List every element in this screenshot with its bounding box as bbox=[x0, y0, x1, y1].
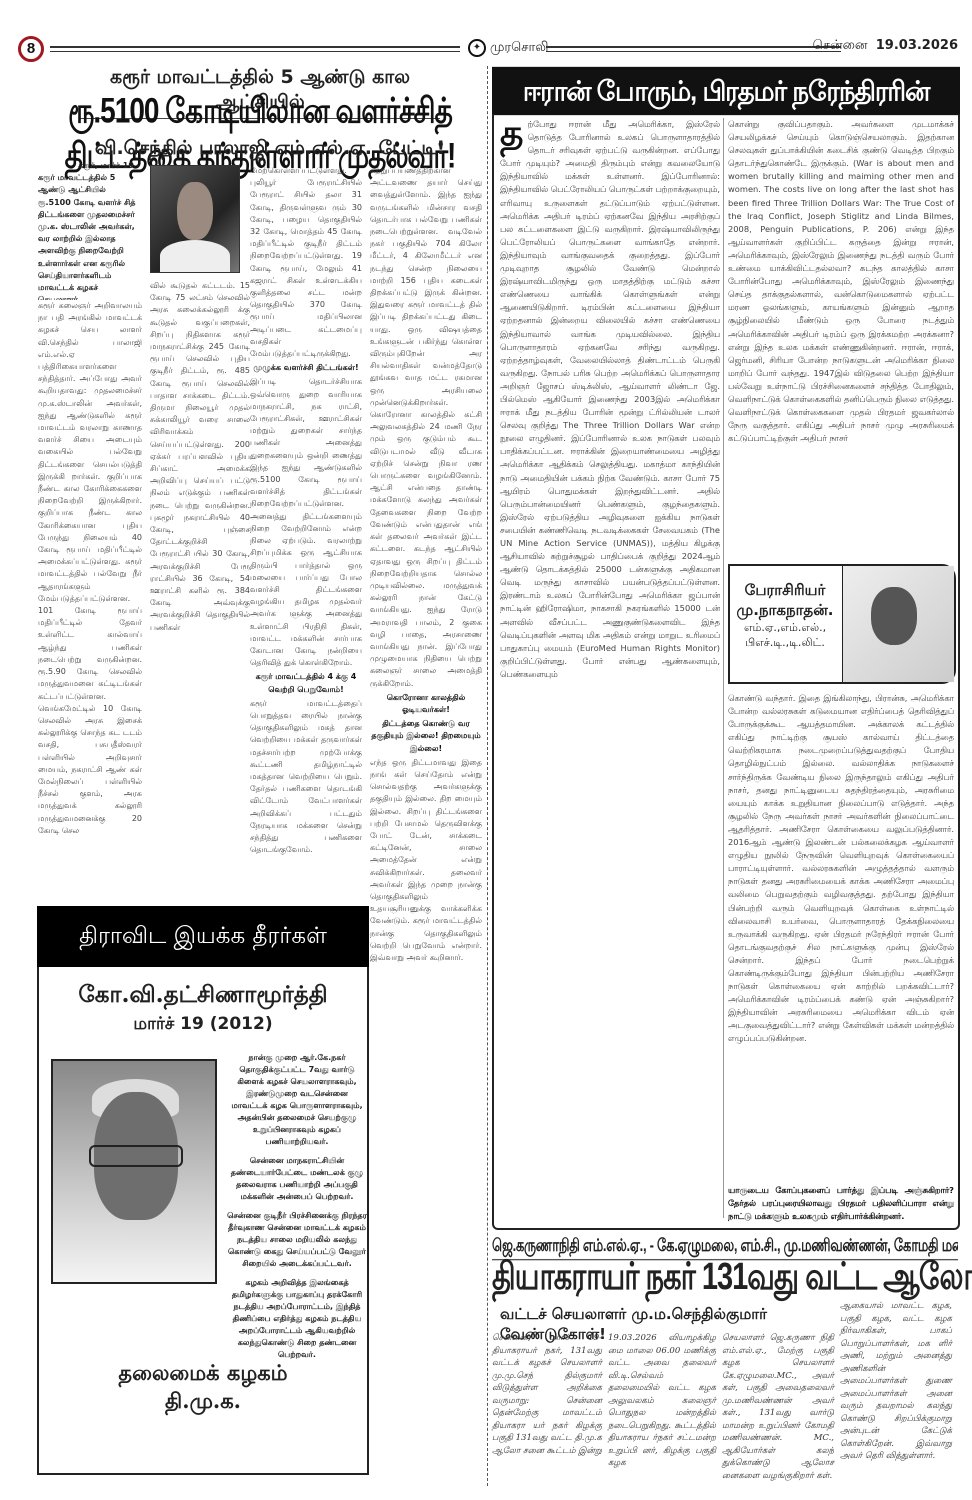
col2-top: மேற்கொள்ளப்பட்டுள்ளது. புலியூர் பேரூராட்… bbox=[250, 165, 362, 360]
city: சென்னை bbox=[813, 38, 868, 53]
meeting-col-3: செயலாளர் ஜெ.கருணா நிதி எம்.எல்.ஏ., மேற்க… bbox=[722, 1332, 834, 1482]
col3-body: சுற்றுப்பயணத்திற்கான அட்டவணை தயார் செய்த… bbox=[370, 165, 482, 690]
memorial-bio: நான்கு முறை ஆர்.கே.நகர் தொகுதிக்குட்பட்ட… bbox=[227, 1052, 367, 1368]
meeting-headline: தியாகராயர் நகர் 131வது வட்ட ஆலோசனைக் கூட… bbox=[492, 1257, 958, 1304]
memorial-para: நான்கு முறை ஆர்.கே.நகர் தொகுதிக்குட்பட்ட… bbox=[227, 1052, 367, 1148]
author-qualification: எம்.ஏ.,எம்.எல்., bbox=[730, 620, 840, 635]
col2-end: கரூர் மாவட்டத்தைப் பொறுத்தவ ரையில் நான்க… bbox=[250, 698, 362, 857]
header-rule-right bbox=[546, 46, 841, 52]
memorial-date: மார்ச் 19 (2012) bbox=[39, 1014, 367, 1036]
memorial-name: கோ.வி.தட்சிணாமூர்த்தி bbox=[39, 981, 367, 1011]
memorial-footer-org: தலைமைக் கழகம் bbox=[39, 1359, 367, 1387]
drop-cap: த bbox=[500, 118, 523, 148]
article-col-2: மேற்கொள்ளப்பட்டுள்ளது. புலியூர் பேரூராட்… bbox=[250, 165, 362, 895]
editorial-box: தற்போது ஈரான் மீது அமெரிக்கா, இஸ்ரேல் தொ… bbox=[492, 114, 960, 1230]
memorial-banner: திராவிட இயக்க தீரர்கள் நினைவு நாள் bbox=[37, 906, 369, 967]
editorial-col-left: தற்போது ஈரான் மீது அமெரிக்கா, இஸ்ரேல் தொ… bbox=[500, 118, 720, 1223]
masthead: ✦முரசொலி bbox=[468, 36, 549, 60]
author-name: மு.நாகநாதன். bbox=[730, 600, 840, 620]
author-photo bbox=[842, 566, 954, 682]
author-qualification: பிஎச்.டி.,டி.லிட். bbox=[730, 635, 840, 650]
col3-subhead-1: கொரோனா காலத்தில் ஓடியவர்கள்! bbox=[370, 692, 482, 716]
editorial-left-text: ற்போது ஈரான் மீது அமெரிக்கா, இஸ்ரேல் தொட… bbox=[500, 119, 720, 679]
dateline-header: சென்னை 19.03.2026 bbox=[813, 38, 958, 54]
meeting-col-4: ஆகையால் மாவட்ட கழக, பகுதி கழக, வட்ட கழக … bbox=[840, 1300, 952, 1475]
editorial-headline: ஈரான் போரும், பிரதமர் நரேந்திரரின் தடுமா… bbox=[492, 67, 960, 115]
article-col-1b: வில் கூடுதல் கட்டடம். 15 கோடி 75 லட்சம் … bbox=[150, 280, 250, 895]
portrait-face bbox=[871, 587, 918, 645]
editorial-column-rule bbox=[723, 118, 724, 1218]
memorial-photo bbox=[51, 1059, 217, 1284]
editorial-closing: யாருடைய கோப்புகளைப் பார்த்து இப்படி அஞ்ச… bbox=[728, 1184, 954, 1226]
portrait-glasses bbox=[89, 1145, 183, 1167]
col3-end: எந்த ஒரு திட்டமாவது இதை நாங் கள் செய்தோம… bbox=[370, 757, 482, 964]
header-rule-left bbox=[50, 46, 460, 52]
page-header: 8 ✦முரசொலி சென்னை 19.03.2026 bbox=[18, 36, 958, 62]
column-divider bbox=[487, 66, 488, 1486]
meeting-col-2: 19.03.2026 வியாழக்கிழ மை மாலை 06.00 மணிக… bbox=[608, 1332, 716, 1472]
murasoli-logo-icon: ✦ bbox=[468, 39, 486, 57]
article-dateline: கரூர், மார்ச் 19 - bbox=[38, 160, 140, 172]
col2-subhead-1: முழுக்க வளர்ச்சி திட்டங்கள்! bbox=[250, 362, 362, 374]
memorial-footer-party: தி.மு.க. bbox=[39, 1387, 367, 1415]
memorial-footer: தலைமைக் கழகம் தி.மு.க. bbox=[39, 1359, 367, 1415]
article-lead-text: கரூர் மாவட்டத்தில் 5 ஆண்டு ஆட்சியில் ரூ.… bbox=[38, 172, 140, 300]
col2-subhead-2: கரூர் மாவட்டத்தில் 4 க்கு 4 வெற்றி பெறுவ… bbox=[250, 671, 362, 695]
page-number: 8 bbox=[18, 36, 44, 62]
memorial-box: கோ.வி.தட்சிணாமூர்த்தி மார்ச் 19 (2012) ந… bbox=[37, 967, 369, 1475]
article-subhead: வி.செந்தில் பாலாஜி எம்.எல்.ஏ. பேட்டி! bbox=[80, 137, 460, 162]
portrait-shirt bbox=[160, 240, 230, 272]
editorial-col-right-top: கொன்று குவிப்பதாகும். அவர்களை முடமாக்கச்… bbox=[728, 118, 954, 558]
portrait-face bbox=[177, 182, 212, 240]
paper-name: முரசொலி bbox=[490, 40, 549, 55]
author-title: பேராசிரியர் bbox=[730, 580, 840, 600]
author-box: பேராசிரியர் மு.நாகநாதன். எம்.ஏ.,எம்.எல்.… bbox=[728, 564, 956, 684]
col2-mid: இப்படி தொடர்ச்சியாக ஒவ்வொரு துறை வாரியாக… bbox=[250, 376, 362, 669]
author-credit: பேராசிரியர் மு.நாகநாதன். எம்.ஏ.,எம்.எல்.… bbox=[730, 580, 840, 650]
col3-subhead-2: திட்டத்தை கொண்டு வர தகுதியும் இல்லை! திற… bbox=[370, 718, 482, 755]
article-lead: கரூர், மார்ச் 19 - கரூர் மாவட்டத்தில் 5 … bbox=[38, 160, 140, 300]
issue-date: 19.03.2026 bbox=[876, 38, 958, 53]
meeting-col-1: சென்னை, மார்ச் 19- தியாகராயர் நகர், 131வ… bbox=[492, 1332, 602, 1472]
editorial-col-right-bottom: கொண்டு வந்தார். இதை இங்கிலாந்து, பிரான்ச… bbox=[728, 692, 954, 1182]
article-col-3: சுற்றுப்பயணத்திற்கான அட்டவணை தயார் செய்த… bbox=[370, 165, 482, 1465]
memorial-para: கழகம் அறிவித்த இலங்கைத் தமிழர்களுக்கு பா… bbox=[227, 1277, 367, 1361]
memorial-para: சென்னை மாநகராட்சியின் தண்டையார்பேட்டை மண… bbox=[227, 1155, 367, 1203]
memorial-para: சென்னை குடிநீர் பிரச்சினைக்கு நிரந்தர தீ… bbox=[227, 1210, 367, 1270]
senthil-balaji-photo bbox=[150, 165, 240, 273]
article-col-1: கரூர் கலைஞர் அறிவாலயம் நா பதி அரங்கில் ம… bbox=[38, 300, 142, 895]
